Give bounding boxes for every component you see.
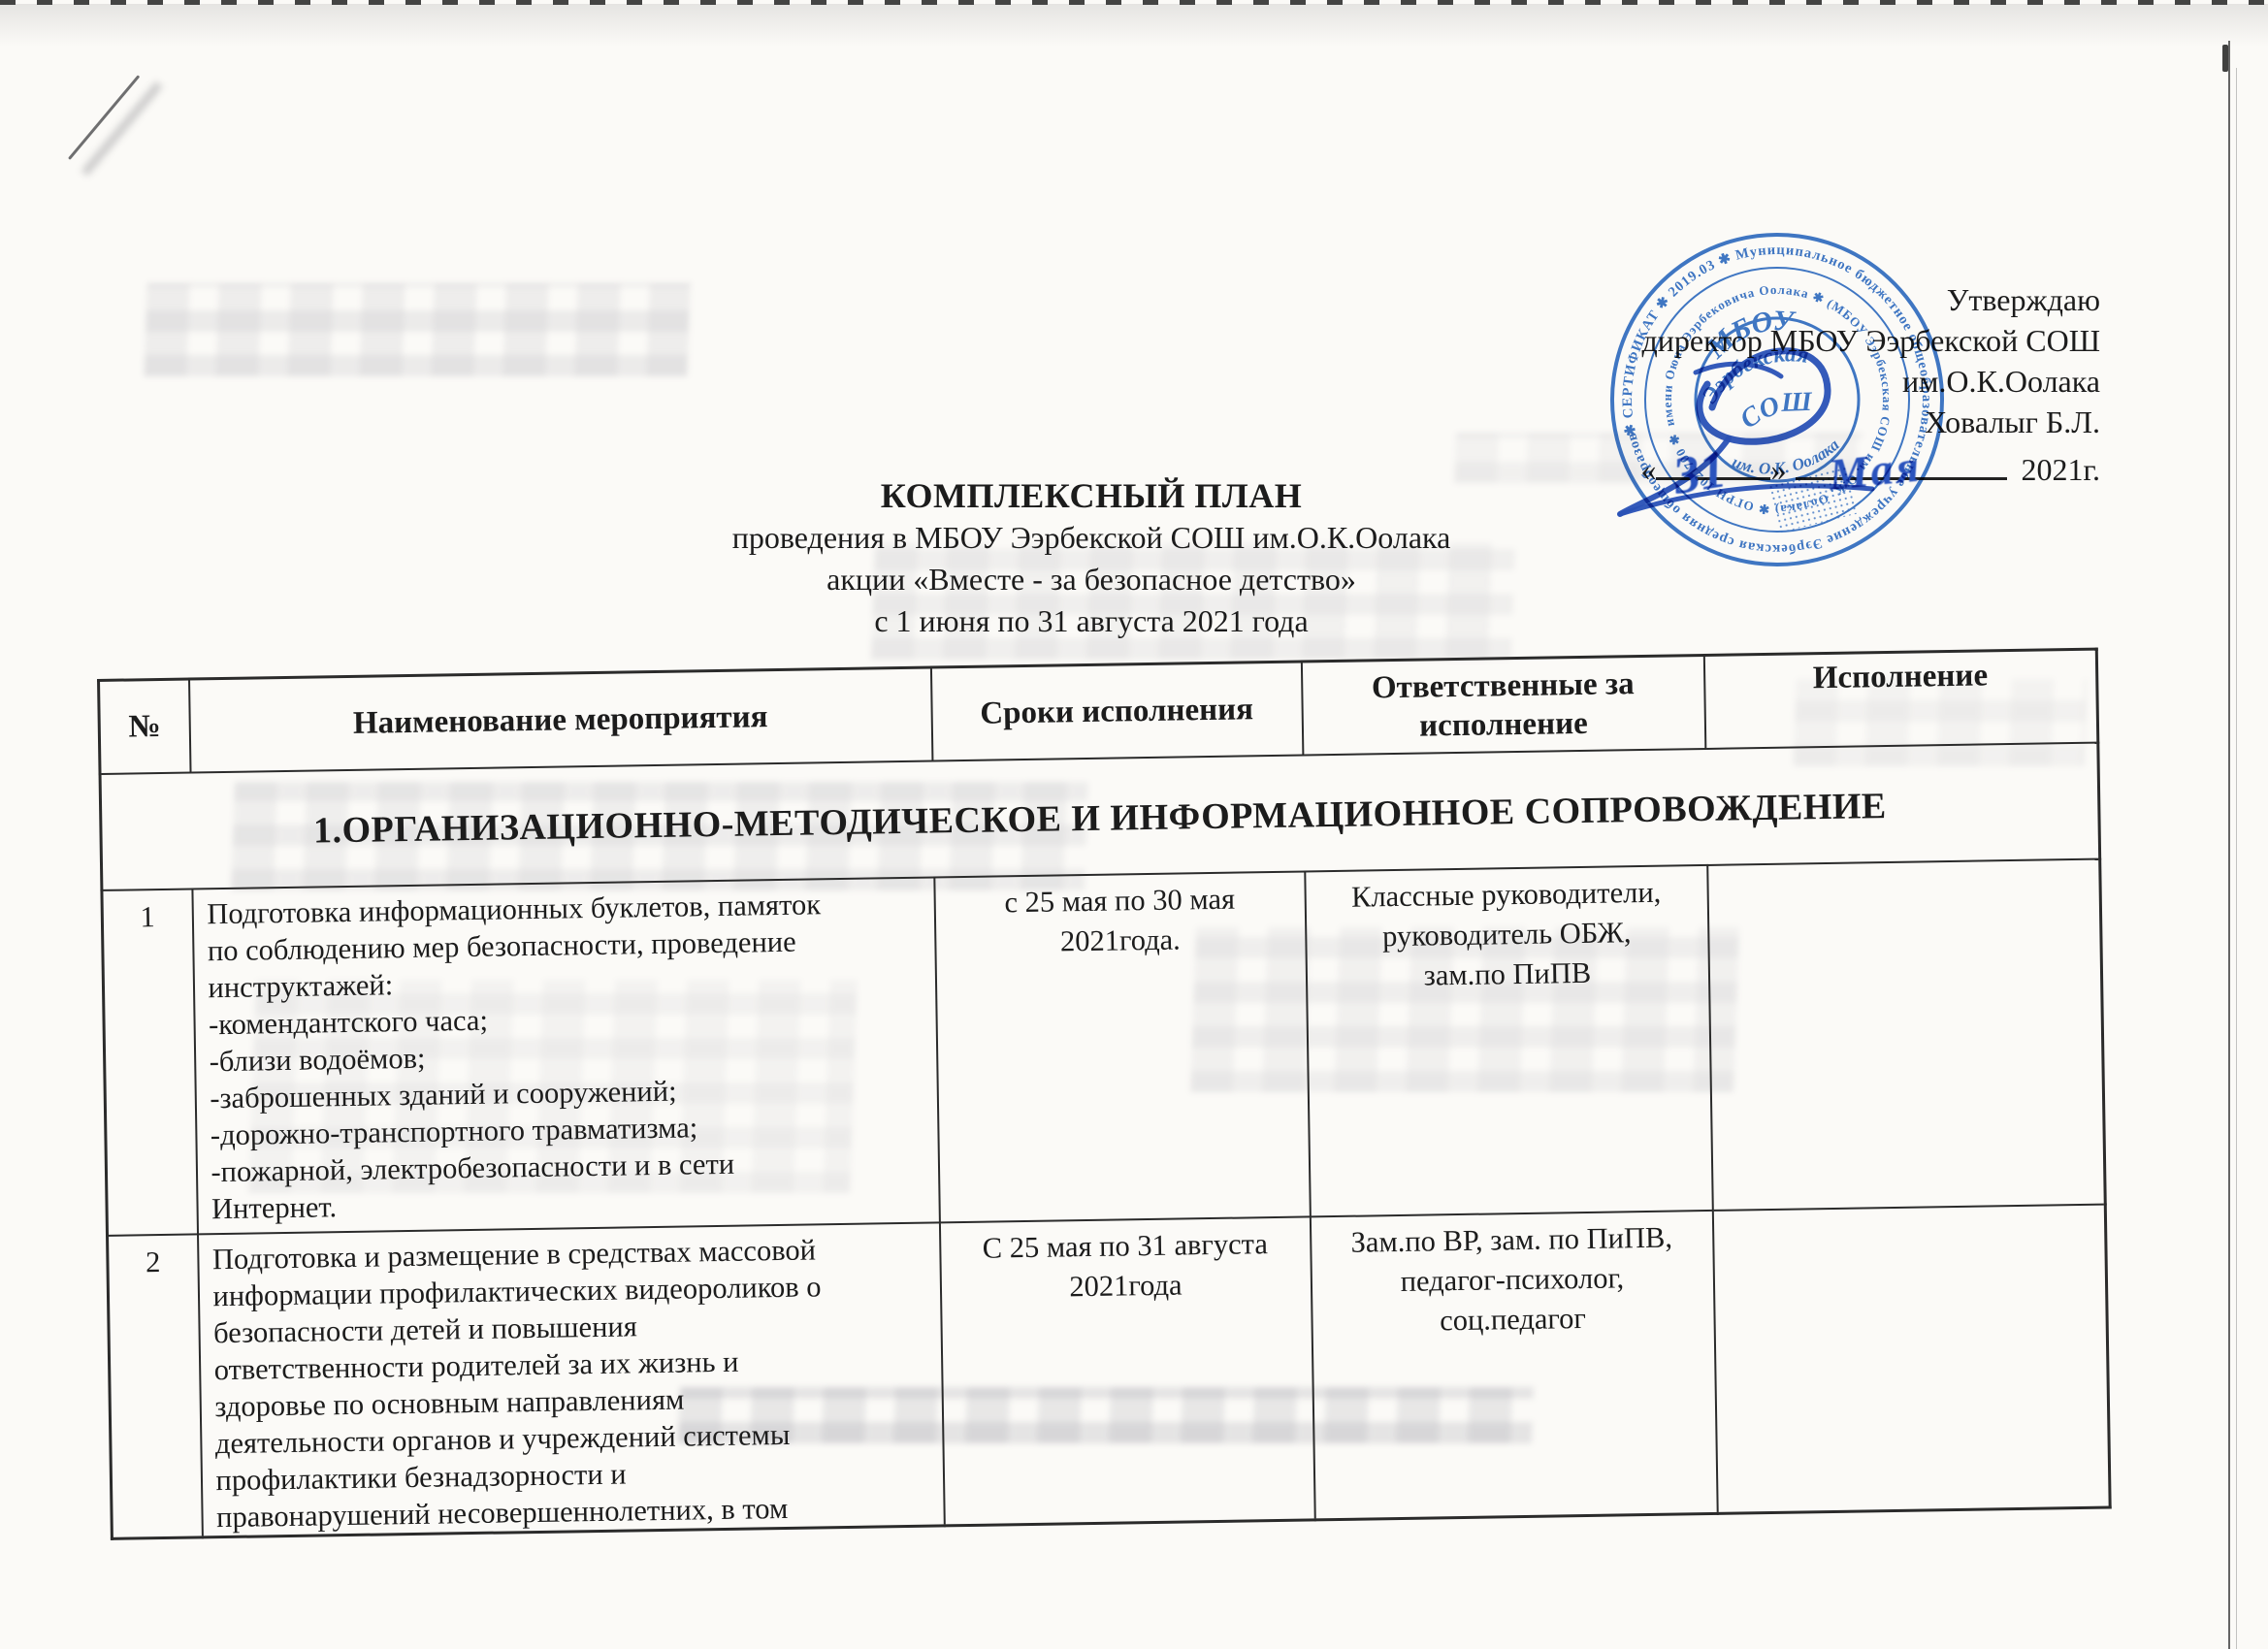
- activity-cell: Подготовка информационных буклетов, памя…: [192, 877, 939, 1234]
- period-cell: С 25 мая по 31 августа 2021года: [939, 1216, 1314, 1525]
- scanner-right-tick: [2222, 45, 2228, 72]
- scanned-document-page: Утверждаю директор МБОУ Ээрбекской СОШ и…: [0, 0, 2268, 1649]
- title-line: с 1 июня по 31 августа 2021 года: [315, 600, 1867, 642]
- scanner-right-line: [2228, 41, 2230, 1649]
- responsible-cell: Классные руководители, руководитель ОБЖ,…: [1305, 864, 1713, 1215]
- execution-cell: [1712, 1204, 2110, 1513]
- responsible-cell: Зам.по ВР, зам. по ПиПВ, педагог-психоло…: [1310, 1210, 1717, 1519]
- title-line: проведения в МБОУ Ээрбекской СОШ им.О.К.…: [315, 517, 1867, 559]
- header-cell-responsible: Ответственные за исполнение: [1301, 655, 1704, 755]
- document-title: КОМПЛЕКСНЫЙ ПЛАН проведения в МБОУ Ээрбе…: [315, 475, 1867, 642]
- header-cell-execution: Исполнение: [1703, 649, 2097, 748]
- header-cell-activity: Наименование мероприятия: [189, 667, 932, 772]
- execution-cell: [1707, 858, 2106, 1210]
- header-cell-number: №: [99, 679, 190, 773]
- row-number-cell: 2: [108, 1234, 203, 1538]
- table-row: 2 Подготовка и размещение в средствах ма…: [108, 1204, 2111, 1538]
- scanner-edge-shadow: [0, 4, 2268, 47]
- row-number-cell: 1: [102, 889, 198, 1235]
- activity-cell: Подготовка и размещение в средствах масс…: [197, 1222, 944, 1536]
- bleed-through-artifact: [144, 283, 690, 376]
- plan-table: № Наименование мероприятия Сроки исполне…: [97, 648, 2112, 1540]
- period-cell: с 25 мая по 30 мая 2021года.: [934, 871, 1311, 1222]
- title-line-main: КОМПЛЕКСНЫЙ ПЛАН: [315, 475, 1867, 517]
- title-line: акции «Вместе - за безопасное детство»: [315, 559, 1867, 600]
- scanner-right-line-faint: [2236, 68, 2237, 1649]
- table-row: 1 Подготовка информационных буклетов, па…: [102, 858, 2105, 1235]
- header-cell-period: Сроки исполнения: [930, 662, 1302, 760]
